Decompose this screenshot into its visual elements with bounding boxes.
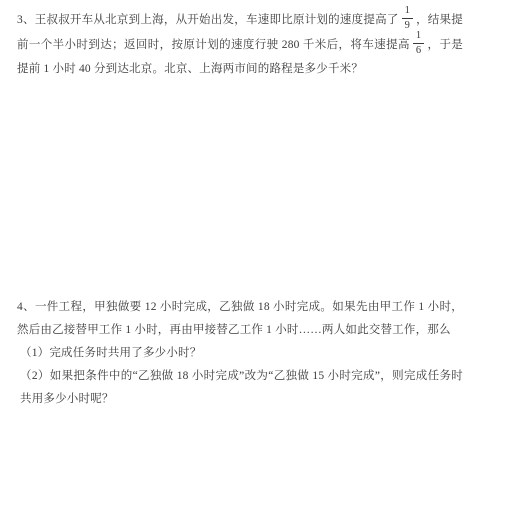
problem-3-text: 3、王叔叔开车从北京到上海，从开始出发，车速即比原计划的速度提高了19，结果提前… [17,8,463,80]
worksheet-page: 3、王叔叔开车从北京到上海，从开始出发，车速即比原计划的速度提高了19，结果提前… [0,0,510,522]
fraction-1-9: 19 [402,6,413,31]
problem-4-text: 4、一件工程，甲独做要 12 小时完成，乙独做 18 小时完成。如果先由甲工作 … [17,296,463,342]
problem-3-text-segment: 3、王叔叔开车从北京到上海，从开始出发，车速即比原计划的速度提高了 [17,14,399,26]
fraction-1-6: 16 [413,31,424,56]
problem-4-subquestion-1: （1）完成任务时共用了多少小时？ [17,342,463,365]
blank-workspace [17,80,463,296]
problem-4-subquestion-2: （2）如果把条件中的“乙独做 18 小时完成”改为“乙独做 15 小时完成”，则… [17,365,463,411]
